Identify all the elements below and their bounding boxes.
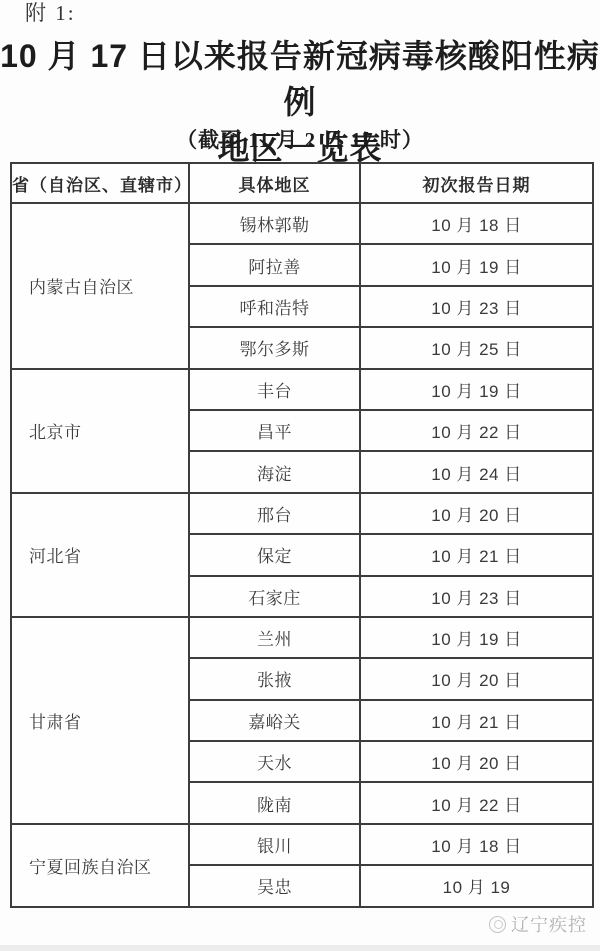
report-date-cell: 10 月 23 日 xyxy=(360,576,593,617)
report-date-cell: 10 月 24 日 xyxy=(360,451,593,492)
region-cell: 海淀 xyxy=(189,451,360,492)
page-subtitle: （截至 11 月 2 日 17 时） xyxy=(0,124,600,154)
region-cell: 阿拉善 xyxy=(189,244,360,285)
region-cell: 保定 xyxy=(189,534,360,575)
region-cell: 鄂尔多斯 xyxy=(189,327,360,368)
province-cell: 河北省 xyxy=(11,493,189,617)
report-date-cell: 10 月 18 日 xyxy=(360,824,593,865)
province-cell: 北京市 xyxy=(11,369,189,493)
region-cell: 丰台 xyxy=(189,369,360,410)
report-date-cell: 10 月 19 日 xyxy=(360,369,593,410)
table-row: 河北省邢台10 月 20 日 xyxy=(11,493,593,534)
province-cell: 内蒙古自治区 xyxy=(11,203,189,369)
report-date-cell: 10 月 21 日 xyxy=(360,700,593,741)
region-cell: 邢台 xyxy=(189,493,360,534)
report-date-cell: 10 月 19 xyxy=(360,865,593,906)
report-date-cell: 10 月 19 日 xyxy=(360,617,593,658)
report-date-cell: 10 月 19 日 xyxy=(360,244,593,285)
report-date-cell: 10 月 22 日 xyxy=(360,410,593,451)
province-cell: 宁夏回族自治区 xyxy=(11,824,189,907)
report-date-cell: 10 月 21 日 xyxy=(360,534,593,575)
table-row: 北京市丰台10 月 19 日 xyxy=(11,369,593,410)
region-cell: 石家庄 xyxy=(189,576,360,617)
table-row: 宁夏回族自治区银川10 月 18 日 xyxy=(11,824,593,865)
table-header-row: 省（自治区、直辖市） 具体地区 初次报告日期 xyxy=(11,163,593,203)
region-cell: 张掖 xyxy=(189,658,360,699)
attachment-label: 附 1: xyxy=(25,0,76,27)
region-cell: 呼和浩特 xyxy=(189,286,360,327)
region-cell: 银川 xyxy=(189,824,360,865)
page-bottom-edge xyxy=(0,945,600,951)
page-title-line1: 10 月 17 日以来报告新冠病毒核酸阳性病例 xyxy=(0,33,600,125)
report-date-cell: 10 月 20 日 xyxy=(360,658,593,699)
report-date-cell: 10 月 20 日 xyxy=(360,493,593,534)
case-region-table: 省（自治区、直辖市） 具体地区 初次报告日期 内蒙古自治区锡林郭勒10 月 18… xyxy=(10,162,594,908)
region-cell: 嘉峪关 xyxy=(189,700,360,741)
header-report-date: 初次报告日期 xyxy=(360,163,593,203)
region-cell: 陇南 xyxy=(189,782,360,823)
table-body: 内蒙古自治区锡林郭勒10 月 18 日阿拉善10 月 19 日呼和浩特10 月 … xyxy=(11,203,593,907)
cdc-emblem-icon xyxy=(489,916,506,933)
header-region: 具体地区 xyxy=(189,163,360,203)
region-cell: 吴忠 xyxy=(189,865,360,906)
province-cell: 甘肃省 xyxy=(11,617,189,824)
report-date-cell: 10 月 20 日 xyxy=(360,741,593,782)
region-cell: 锡林郭勒 xyxy=(189,203,360,244)
report-date-cell: 10 月 25 日 xyxy=(360,327,593,368)
table-row: 内蒙古自治区锡林郭勒10 月 18 日 xyxy=(11,203,593,244)
region-cell: 昌平 xyxy=(189,410,360,451)
region-cell: 兰州 xyxy=(189,617,360,658)
report-date-cell: 10 月 18 日 xyxy=(360,203,593,244)
table-row: 甘肃省兰州10 月 19 日 xyxy=(11,617,593,658)
report-date-cell: 10 月 23 日 xyxy=(360,286,593,327)
header-province: 省（自治区、直辖市） xyxy=(11,163,189,203)
watermark-label: 辽宁疾控 xyxy=(511,911,587,937)
report-date-cell: 10 月 22 日 xyxy=(360,782,593,823)
watermark: 辽宁疾控 xyxy=(489,911,587,937)
region-cell: 天水 xyxy=(189,741,360,782)
